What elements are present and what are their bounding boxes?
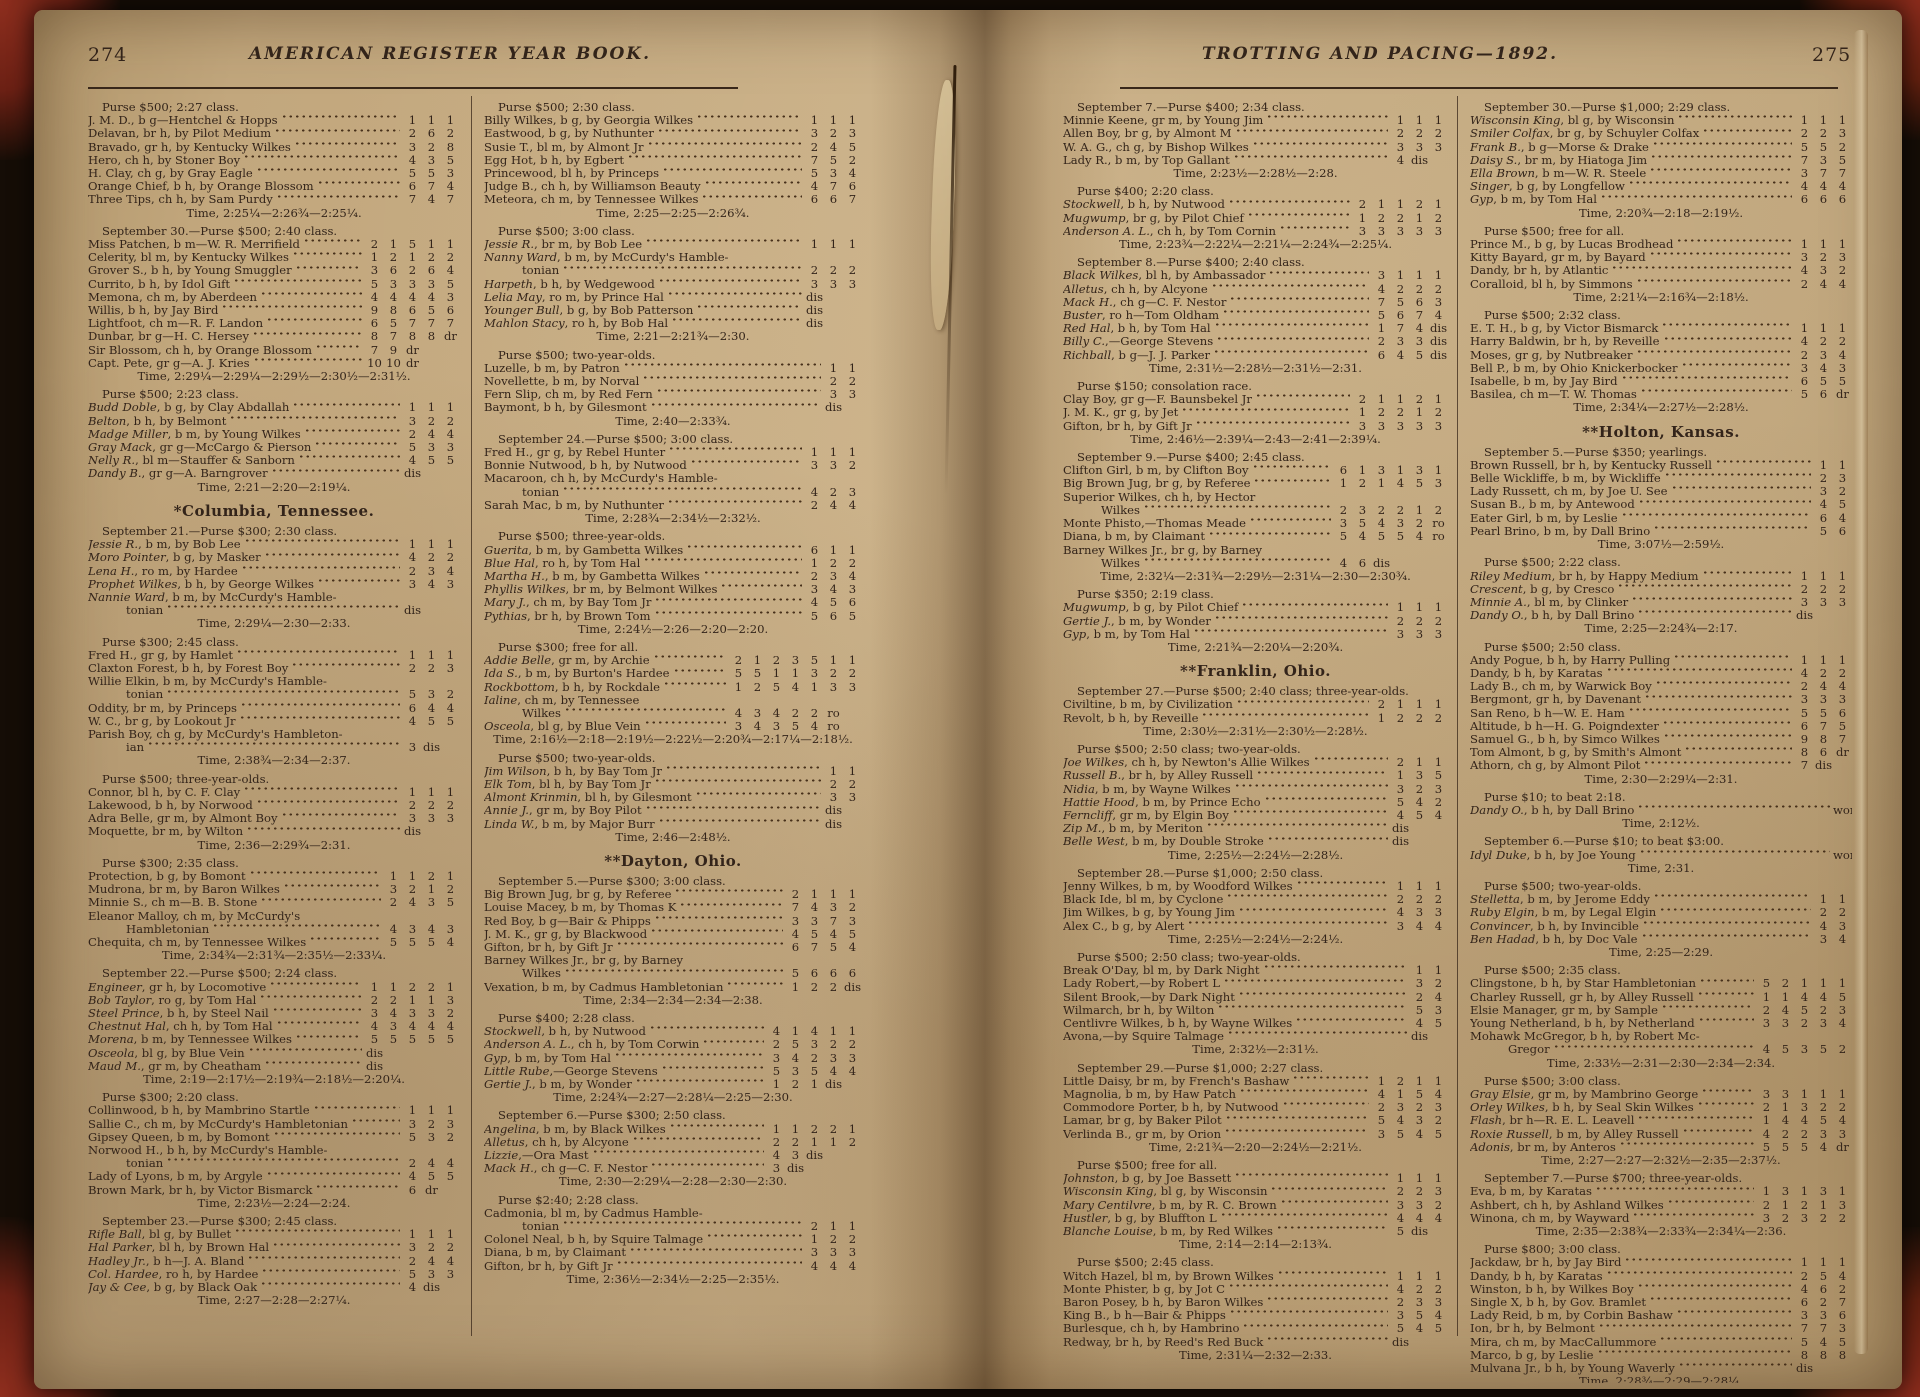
- dotted-leader: [726, 982, 783, 994]
- entry-row: Wilkes46dis: [1063, 557, 1448, 570]
- horse-entry-text: Lamar, br g, by Baker Pilot: [1063, 1114, 1222, 1127]
- entry-row: Sir Blossom, ch h, by Orange Blossom79dr: [88, 344, 460, 357]
- dotted-leader: [298, 455, 400, 467]
- entry-row: Ashbert, ch h, by Ashland Wilkes21213: [1470, 1199, 1852, 1212]
- dotted-leader: [1611, 266, 1792, 278]
- heat-placings: 111: [403, 1104, 460, 1117]
- race-result-block: Purse $500; 2:45 class.Witch Hazel, bl m…: [1063, 1256, 1448, 1362]
- heat-placings: 773: [1795, 1322, 1852, 1335]
- horse-entry-text: ian: [88, 741, 144, 754]
- time-line: Time, 2:40—2:33¾.: [484, 415, 862, 428]
- entry-row: Macaroon, ch h, by McCurdy's Hamble-: [484, 472, 862, 485]
- dotted-leader: [1232, 810, 1388, 822]
- heat-placings: 11221: [365, 981, 460, 994]
- entry-row: Annie J., gr m, by Boy Pilotdis: [484, 804, 862, 817]
- horse-entry-text: Gifton, br h, by Gift Jr: [484, 1260, 613, 1273]
- header-rule-left: [88, 87, 738, 89]
- dotted-leader: [1676, 239, 1792, 251]
- entry-row: Altitude, b h—H. G. Poigndexter675: [1470, 720, 1852, 733]
- heat-placings: dis: [365, 1047, 460, 1060]
- horse-entry-text: Big Brown Jug, br g, by Referee: [1063, 477, 1250, 490]
- dotted-leader: [1595, 1187, 1754, 1199]
- heat-placings: dis: [403, 467, 460, 480]
- entry-row: J. M. K., gr g, by Jet12212: [1063, 406, 1448, 419]
- dotted-leader: [669, 1124, 764, 1136]
- race-result-block: September 30.—Purse $1,000; 2:29 class.W…: [1470, 101, 1852, 220]
- dotted-leader: [166, 690, 400, 702]
- horse-entry-text: Civiltine, b m, by Civilization: [1063, 698, 1233, 711]
- dotted-leader: [1181, 408, 1350, 420]
- horse-entry-text: Revolt, b h, by Reveille: [1063, 712, 1198, 725]
- dotted-leader: [1659, 908, 1811, 920]
- heat-placings: 6754: [786, 941, 862, 954]
- dotted-leader: [1624, 1258, 1792, 1270]
- race-result-block: Purse $500; 3:00 class.Gray Elsie, gr m,…: [1470, 1075, 1852, 1167]
- horse-entry-text: Gyp, b m, by Tom Hal: [1470, 193, 1597, 206]
- heat-placings: 135: [1391, 769, 1448, 782]
- time-line: Time, 2:25—2:29.: [1470, 946, 1852, 959]
- dotted-leader: [614, 1053, 764, 1065]
- entry-row: Billy C.,—George Stevens233dis: [1063, 335, 1448, 348]
- horse-entry-text: Minnie S., ch m—B. B. Stone: [88, 896, 257, 909]
- dotted-leader: [1663, 337, 1792, 349]
- dotted-leader: [1242, 1324, 1388, 1336]
- race-result-block: September 5.—Purse $350; yearlings.Brown…: [1470, 446, 1852, 552]
- heat-placings: 14454: [1757, 1114, 1852, 1127]
- horse-entry-text: Ben Hadad, b h, by Doc Vale: [1470, 933, 1638, 946]
- horse-entry-text: Barney Wilkes Jr., br g, by Barney: [1063, 544, 1262, 557]
- dotted-leader: [657, 129, 802, 141]
- entry-row: Brown Mark, br h, by Victor Bismarck6dr: [88, 1184, 460, 1197]
- heat-placings: 2111: [1372, 698, 1448, 711]
- horse-entry-text: Brown Mark, br h, by Victor Bismarck: [88, 1184, 312, 1197]
- dotted-leader: [1223, 979, 1407, 991]
- race-result-block: Purse $300; 2:45 class.Fred H., gr g, by…: [88, 636, 460, 768]
- dotted-leader: [656, 389, 821, 401]
- entry-row: Bravado, gr h, by Kentucky Wilkes328: [88, 141, 460, 154]
- race-result-block: Purse $500; two-year-olds.Luzelle, b m, …: [484, 349, 862, 428]
- dotted-leader: [654, 916, 783, 928]
- dotted-leader: [1263, 965, 1407, 977]
- dotted-leader: [658, 279, 802, 291]
- horse-entry-text: Ialine, ch m, by Tennessee: [484, 694, 639, 707]
- horse-entry-text: Jim Wilkes, b g, by Young Jim: [1063, 906, 1235, 919]
- entry-row: Idyl Duke, b h, by Joe Youngwon: [1470, 849, 1852, 862]
- dotted-leader: [248, 1048, 362, 1060]
- entry-row: Susan B., b m, by Antewood45: [1470, 498, 1852, 511]
- entry-row: Dandy, b h, by Karatas254: [1470, 1270, 1852, 1283]
- heat-placings: 222: [805, 264, 862, 277]
- dotted-leader: [271, 469, 400, 481]
- horse-entry-text: W. C., br g, by Lookout Jr: [88, 715, 236, 728]
- dotted-leader: [1650, 155, 1792, 167]
- horse-entry-text: Ashbert, ch h, by Ashland Wilkes: [1470, 1199, 1664, 1212]
- horse-entry-text: Harry Baldwin, br h, by Reveille: [1470, 335, 1660, 348]
- race-result-block: Purse $500; two-year-olds.Jim Wilson, b …: [484, 752, 862, 844]
- time-line: Time, 2:34¾—2:31¾—2:35½—2:33¼.: [88, 949, 460, 962]
- heat-placings: 111: [1391, 601, 1448, 614]
- race-result-block: September 21.—Purse $300; 2:30 class.Jes…: [88, 525, 460, 631]
- heat-placings: 322: [403, 415, 460, 428]
- entry-row: Diana, b m, by Claimant333: [484, 1246, 862, 1259]
- heat-placings: 532: [403, 1131, 460, 1144]
- heat-placings: 232212: [1334, 504, 1448, 517]
- entry-row: Delavan, br h, by Pilot Medium262: [88, 127, 460, 140]
- time-line: Time, 2:25¼—2:26¾—2:25¼.: [88, 207, 460, 220]
- heat-placings: 222: [1391, 615, 1448, 628]
- entry-row: Susie T., bl m, by Almont Jr245: [484, 141, 862, 154]
- dotted-leader: [1621, 376, 1793, 388]
- entry-row: Wilkes5666: [484, 967, 862, 980]
- heat-placings: 542: [1391, 796, 1448, 809]
- heat-placings: 233dis: [1372, 335, 1448, 348]
- race-result-block: Purse $300; free for all.Addie Belle, gr…: [484, 641, 862, 747]
- dotted-leader: [623, 363, 821, 375]
- heat-placings: dis: [1795, 609, 1852, 622]
- heat-placings: 545: [1795, 1336, 1852, 1349]
- dotted-leader: [1637, 1116, 1754, 1128]
- horse-entry-text: Moquette, br m, by Wilton: [88, 825, 243, 838]
- race-result-block: September 29.—Purse $1,000; 2:27 class.L…: [1063, 1062, 1448, 1154]
- horse-entry-text: Coralloid, bl h, by Simmons: [1470, 278, 1633, 291]
- dotted-leader: [1655, 681, 1792, 693]
- heat-placings: 2435: [384, 896, 460, 909]
- dotted-leader: [1699, 979, 1754, 991]
- column-rule-left-page: [471, 96, 472, 1336]
- dotted-leader: [240, 703, 400, 715]
- race-heading: Purse $2:40; 2:28 class.: [484, 1194, 862, 1207]
- heat-placings: 245: [805, 141, 862, 154]
- time-line: Time, 2:29¼—2:29¼—2:29½—2:30½—2:31½.: [88, 370, 460, 383]
- dotted-leader: [629, 1248, 802, 1260]
- heat-placings: 6dr: [403, 1184, 460, 1197]
- dotted-leader: [1253, 479, 1331, 491]
- horse-entry-text: San Reno, b h—W. E. Ham: [1470, 707, 1625, 720]
- race-result-block: Purse $150; consolation race.Clay Boy, g…: [1063, 380, 1448, 446]
- race-result-block: Purse $10; to beat 2:18.Dandy O., b h, b…: [1470, 791, 1852, 831]
- heat-placings: 222: [1391, 127, 1448, 140]
- race-result-block: Purse $500; two-year-olds.Stelletta, b m…: [1470, 880, 1852, 959]
- race-result-block: September 22.—Purse $500; 2:24 class.Eng…: [88, 967, 460, 1086]
- time-line: Time, 2:25—2:24¾—2:17.: [1470, 622, 1852, 635]
- entry-row: Crescent, b g, by Cresco222: [1470, 583, 1852, 596]
- time-line: Time, 2:19—2:17½—2:19¾—2:18½—2:20¼.: [88, 1073, 460, 1086]
- dotted-leader: [1280, 1200, 1388, 1212]
- heat-placings: 644: [403, 702, 460, 715]
- dotted-leader: [1553, 1045, 1754, 1057]
- entry-row: Budd Doble, b g, by Clay Abdallah111: [88, 401, 460, 414]
- horse-entry-text: J. M. K., gr g, by Blackwood: [484, 928, 647, 941]
- heat-placings: 422: [403, 551, 460, 564]
- heat-placings: 21121: [1353, 198, 1448, 211]
- dotted-leader: [276, 195, 400, 207]
- horse-entry-text: Mira, ch m, by MacCallummore: [1470, 1336, 1656, 1349]
- dotted-leader: [1600, 195, 1792, 207]
- entry-row: Red Boy, b g—Bair & Phipps3373: [484, 915, 862, 928]
- heat-placings: 25322: [767, 1038, 862, 1051]
- entry-row: Frank B., b g—Morse & Drake552: [1470, 141, 1852, 154]
- entry-row: Alletus, ch h, by Alcyone4222: [1063, 283, 1448, 296]
- dotted-leader: [1661, 323, 1792, 335]
- dotted-leader: [314, 442, 400, 454]
- time-line: Time, 2:36—2:29¾—2:31.: [88, 839, 460, 852]
- horse-entry-text: Gregor: [1470, 1043, 1550, 1056]
- horse-entry-text: Susie T., bl m, by Almont Jr: [484, 141, 644, 154]
- race-result-block: Purse $400; 2:20 class.Stockwell, b h, b…: [1063, 185, 1448, 251]
- heat-placings: 33234: [1757, 1017, 1852, 1030]
- heat-placings: dis: [824, 818, 862, 831]
- entry-row: Dandy, br h, by Atlantic432: [1470, 264, 1852, 277]
- horse-entry-text: Moses, gr g, by Nutbreaker: [1470, 349, 1633, 362]
- race-result-block: September 6.—Purse $300; 2:50 class.Ange…: [484, 1109, 862, 1188]
- dotted-leader: [243, 787, 400, 799]
- time-line: Time, 2:30½—2:31½—2:30½—2:28½.: [1063, 725, 1448, 738]
- entry-row: Big Brown Jug, br g, by Referee121453: [1063, 477, 1448, 490]
- entry-row: Lamar, br g, by Baker Pilot5432: [1063, 1114, 1448, 1127]
- horse-entry-text: Eva, b m, by Karatas: [1470, 1185, 1592, 1198]
- time-line: Time, 2:29¼—2:30—2:33.: [88, 617, 460, 630]
- heat-placings: 444: [805, 1260, 862, 1273]
- horse-entry-text: Lady Robert,—by Robert L: [1063, 977, 1220, 990]
- dotted-leader: [1643, 761, 1792, 773]
- horse-entry-text: Anderson A. L., ch h, by Tom Corwin: [484, 1038, 699, 1051]
- entry-row: Sallie C., ch m, by McCurdy's Hambletoni…: [88, 1118, 460, 1131]
- heat-placings: dis: [403, 604, 460, 617]
- entry-row: Vexation, b m, by Cadmus Hambletonian122…: [484, 981, 862, 994]
- dotted-leader: [673, 669, 727, 681]
- horse-entry-text: Mohawk McGregor, b h, by Robert Mc-: [1470, 1030, 1700, 1043]
- heat-placings: 54554ro: [1334, 530, 1448, 543]
- heat-placings: 43: [1814, 920, 1852, 933]
- heat-placings: 56: [1814, 525, 1852, 538]
- race-heading: Purse $500; three-year-olds.: [88, 773, 460, 786]
- heat-placings: 234: [403, 565, 460, 578]
- entry-row: Bergmont, gr h, by Davenant333: [1470, 693, 1852, 706]
- heat-placings: 422: [1795, 335, 1852, 348]
- race-result-block: Purse $500; 2:27 class.J. M. D., b g—Hen…: [88, 101, 460, 220]
- horse-entry-text: Superior Wilkes, ch h, by Hector: [1063, 491, 1255, 504]
- heat-placings: 45352: [1757, 1043, 1852, 1056]
- horse-entry-text: tonian: [88, 604, 163, 617]
- race-heading: September 5.—Purse $350; yearlings.: [1470, 446, 1852, 459]
- dotted-leader: [252, 332, 362, 344]
- time-line: Time, 3:07½—2:59½.: [1470, 538, 1852, 551]
- heat-placings: 223: [1391, 1185, 1448, 1198]
- time-line: Time, 2:38¾—2:34—2:37.: [88, 754, 460, 767]
- race-result-block: Purse $500; 2:50 class; two-year-olds.Jo…: [1063, 743, 1448, 862]
- heat-placings: 3545: [1372, 1128, 1448, 1141]
- entry-row: Gyp, b m, by Tom Hal666: [1470, 193, 1852, 206]
- race-heading: Purse $300; 2:45 class.: [88, 636, 460, 649]
- heat-placings: 34: [1814, 933, 1852, 946]
- dotted-leader: [1637, 1284, 1792, 1296]
- heat-placings: 3dis: [403, 741, 460, 754]
- horse-entry-text: Fred H., gr g, by Hamlet: [88, 649, 233, 662]
- dotted-leader: [1208, 532, 1331, 544]
- entry-row: Gregor45352: [1470, 1043, 1852, 1056]
- dotted-leader: [1295, 1018, 1407, 1030]
- race-result-block: Purse $500; 2:50 class; two-year-olds.Br…: [1063, 951, 1448, 1057]
- race-heading: Purse $500; two-year-olds.: [484, 349, 862, 362]
- dotted-leader: [665, 766, 821, 778]
- time-line: Time, 2:21—2:20—2:19¼.: [88, 481, 460, 494]
- dotted-leader: [1211, 284, 1369, 296]
- dotted-leader: [1296, 881, 1388, 893]
- race-result-block: September 30.—Purse $500; 2:40 class.Mis…: [88, 225, 460, 383]
- heat-placings: won: [1833, 804, 1852, 817]
- horse-entry-text: Hambletonian: [88, 923, 209, 936]
- dotted-leader: [1229, 1310, 1388, 1322]
- time-line: Time, 2:33½—2:31—2:30—2:34—2:34.: [1470, 1057, 1852, 1070]
- horse-entry-text: Willie Elkin, b m, by McCurdy's Hamble-: [88, 675, 327, 688]
- horse-entry-text: Eleanor Malloy, ch m, by McCurdy's: [88, 910, 300, 923]
- horse-entry-text: Lady of Lyons, b m, by Argyle: [88, 1170, 263, 1183]
- race-result-block: Purse $500; 3:00 class.Jessie R., br m, …: [484, 225, 862, 344]
- time-line: Time, 2:31½—2:28½—2:31½—2:31.: [1063, 362, 1448, 375]
- heat-placings: 223: [1795, 127, 1852, 140]
- horse-entry-text: Bravado, gr h, by Kentucky Wilkes: [88, 141, 291, 154]
- heat-placings: dis: [1391, 1336, 1448, 1349]
- entry-row: Lady Robert,—by Robert L32: [1063, 977, 1448, 990]
- dotted-leader: [1238, 992, 1407, 1004]
- heat-placings: 323: [1391, 783, 1448, 796]
- horse-entry-text: Alex C., b g, by Alert: [1063, 920, 1184, 933]
- dotted-leader: [1676, 1310, 1792, 1322]
- heat-placings: dis: [824, 804, 862, 817]
- heat-placings: 79dr: [365, 344, 460, 357]
- entry-row: Mary Centilvre, b m, by R. C. Brown332: [1063, 1199, 1448, 1212]
- heat-placings: 455: [403, 715, 460, 728]
- heat-placings: 333: [1391, 141, 1448, 154]
- horse-entry-text: Vexation, b m, by Cadmus Hambletonian: [484, 981, 723, 994]
- horse-entry-text: Eastwood, b g, by Nuthunter: [484, 127, 654, 140]
- dotted-leader: [274, 129, 400, 141]
- city-heading: *Columbia, Tennessee.: [88, 502, 460, 520]
- heat-placings: 5dis: [1391, 1225, 1448, 1238]
- heat-placings: 747: [403, 193, 460, 206]
- heat-placings: 111: [1795, 570, 1852, 583]
- race-result-block: Purse $400; 2:28 class.Stockwell, b h, b…: [484, 1012, 862, 1104]
- dotted-leader: [264, 553, 400, 565]
- time-line: Time, 2:25—2:25—2:26¾.: [484, 207, 862, 220]
- column-4: September 30.—Purse $1,000; 2:29 class.W…: [1470, 96, 1852, 1383]
- heat-placings: 322: [403, 1241, 460, 1254]
- entry-row: Meteora, ch m, by Tennessee Wilkes667: [484, 193, 862, 206]
- dotted-leader: [1214, 616, 1388, 628]
- entry-row: San Reno, b h—W. E. Ham556: [1470, 707, 1852, 720]
- heat-placings: 121453: [1334, 477, 1448, 490]
- dotted-leader: [303, 239, 362, 251]
- horse-entry-text: Meteora, ch m, by Tennessee Wilkes: [484, 193, 698, 206]
- race-result-block: Purse $800; 3:00 class.Jackdaw, br h, by…: [1470, 1243, 1852, 1383]
- page-edge-right: [1854, 30, 1868, 1354]
- dotted-leader: [1684, 747, 1792, 759]
- heat-placings: 53335: [365, 278, 460, 291]
- race-result-block: September 8.—Purse $400; 2:40 class.Blac…: [1063, 256, 1448, 375]
- race-heading: September 22.—Purse $500; 2:24 class.: [88, 967, 460, 980]
- horse-entry-text: Dandy B., gr g—A. Barngrover: [88, 467, 268, 480]
- entry-row: Black Wilkes, bl h, by Ambassador3111: [1063, 269, 1448, 282]
- dotted-leader: [1270, 1187, 1388, 1199]
- entry-row: Dunbar, br g—H. C. Hersey8788dr: [88, 330, 460, 343]
- heat-placings: won: [1833, 849, 1852, 862]
- dotted-leader: [1639, 850, 1830, 862]
- entry-row: Eleanor Malloy, ch m, by McCurdy's: [88, 910, 460, 923]
- dotted-leader: [668, 447, 802, 459]
- entry-row: Allen Boy, br g, by Almont M222: [1063, 127, 1448, 140]
- heat-placings: 34233: [767, 1052, 862, 1065]
- dotted-leader: [1282, 1102, 1370, 1114]
- city-heading: **Holton, Kansas.: [1470, 423, 1852, 441]
- heat-placings: 262: [403, 127, 460, 140]
- entry-row: J. M. K., gr g, by Blackwood4545: [484, 928, 862, 941]
- horse-entry-text: Dandy, b h, by Karatas: [1470, 1270, 1603, 1283]
- race-result-block: Purse $300; 2:35 class.Protection, b g, …: [88, 857, 460, 963]
- entry-row: Hattie Hood, b m, by Prince Echo542: [1063, 796, 1448, 809]
- horse-entry-text: Ion, br h, by Belmont: [1470, 1322, 1595, 1335]
- page-title-right: TROTTING AND PACING—1892.: [1100, 44, 1660, 64]
- dotted-leader: [1229, 297, 1369, 309]
- dotted-leader: [247, 1256, 400, 1268]
- entry-row: Pythias, br h, by Brown Tom565: [484, 610, 862, 623]
- heat-placings: 1222: [1372, 712, 1448, 725]
- entry-row: Roxie Russell, b m, by Alley Russell4223…: [1470, 1128, 1852, 1141]
- entry-row: tonian532: [88, 688, 460, 701]
- heat-placings: 5666: [786, 967, 862, 980]
- dotted-leader: [1697, 1102, 1754, 1114]
- dotted-leader: [304, 429, 400, 441]
- dotted-leader: [1698, 1018, 1754, 1030]
- horse-entry-text: Susan B., b m, by Antewood: [1470, 498, 1635, 511]
- race-heading: September 28.—Purse $1,000; 2:50 class.: [1063, 867, 1448, 880]
- horse-entry-text: Diana, b m, by Claimant: [1063, 530, 1205, 543]
- heat-placings: 111: [1391, 1270, 1448, 1283]
- dotted-leader: [266, 1172, 400, 1184]
- heat-placings: 332: [805, 459, 862, 472]
- time-line: Time, 2:16½—2:18—2:19½—2:22½—2:20¾—2:17¼…: [484, 733, 862, 746]
- dotted-leader: [1652, 142, 1792, 154]
- horse-entry-text: Wilkes: [1063, 557, 1140, 570]
- entry-row: Athorn, ch g, by Almont Pilot7dis: [1470, 759, 1852, 772]
- horse-entry-text: Sallie C., ch m, by McCurdy's Hambletoni…: [88, 1118, 348, 1131]
- race-result-block: September 5.—Purse $300; 3:00 class.Big …: [484, 875, 862, 1007]
- race-heading: Purse $500; three-year-olds.: [484, 530, 862, 543]
- dotted-leader: [1214, 323, 1369, 335]
- entry-row: Gyp, b m, by Tom Hal333: [1063, 628, 1448, 641]
- dotted-leader: [654, 611, 803, 623]
- entry-row: Eva, b m, by Karatas13131: [1470, 1185, 1852, 1198]
- entry-row: Oddity, br m, by Princeps644: [88, 702, 460, 715]
- heat-placings: 7432: [786, 901, 862, 914]
- entry-row: tonian222: [484, 264, 862, 277]
- horse-entry-text: Collinwood, b h, by Mambrino Startle: [88, 1104, 310, 1117]
- dotted-leader: [241, 566, 400, 578]
- horse-entry-text: Currito, b h, by Idol Gift: [88, 278, 230, 291]
- entry-row: Minnie S., ch m—B. B. Stone2435: [88, 896, 460, 909]
- heat-placings: 22: [1814, 906, 1852, 919]
- horse-entry-text: Three Tips, ch h, by Sam Purdy: [88, 193, 273, 206]
- entry-row: Charley Russell, gr h, by Alley Russell1…: [1470, 991, 1852, 1004]
- entry-row: Clingstone, b h, by Star Hambletonian521…: [1470, 977, 1852, 990]
- entry-row: Riley Medium, br h, by Happy Medium111: [1470, 570, 1852, 583]
- entry-row: Eater Girl, b m, by Leslie64: [1470, 512, 1852, 525]
- time-line: Time, 2:25½—2:24½—2:28½.: [1063, 849, 1448, 862]
- horse-entry-text: Grover S., b h, by Young Smuggler: [88, 264, 292, 277]
- race-heading: September 29.—Purse $1,000; 2:27 class.: [1063, 1062, 1448, 1075]
- heat-placings: 223: [403, 662, 460, 675]
- heat-placings: 344: [1391, 920, 1448, 933]
- dotted-leader: [1681, 363, 1792, 375]
